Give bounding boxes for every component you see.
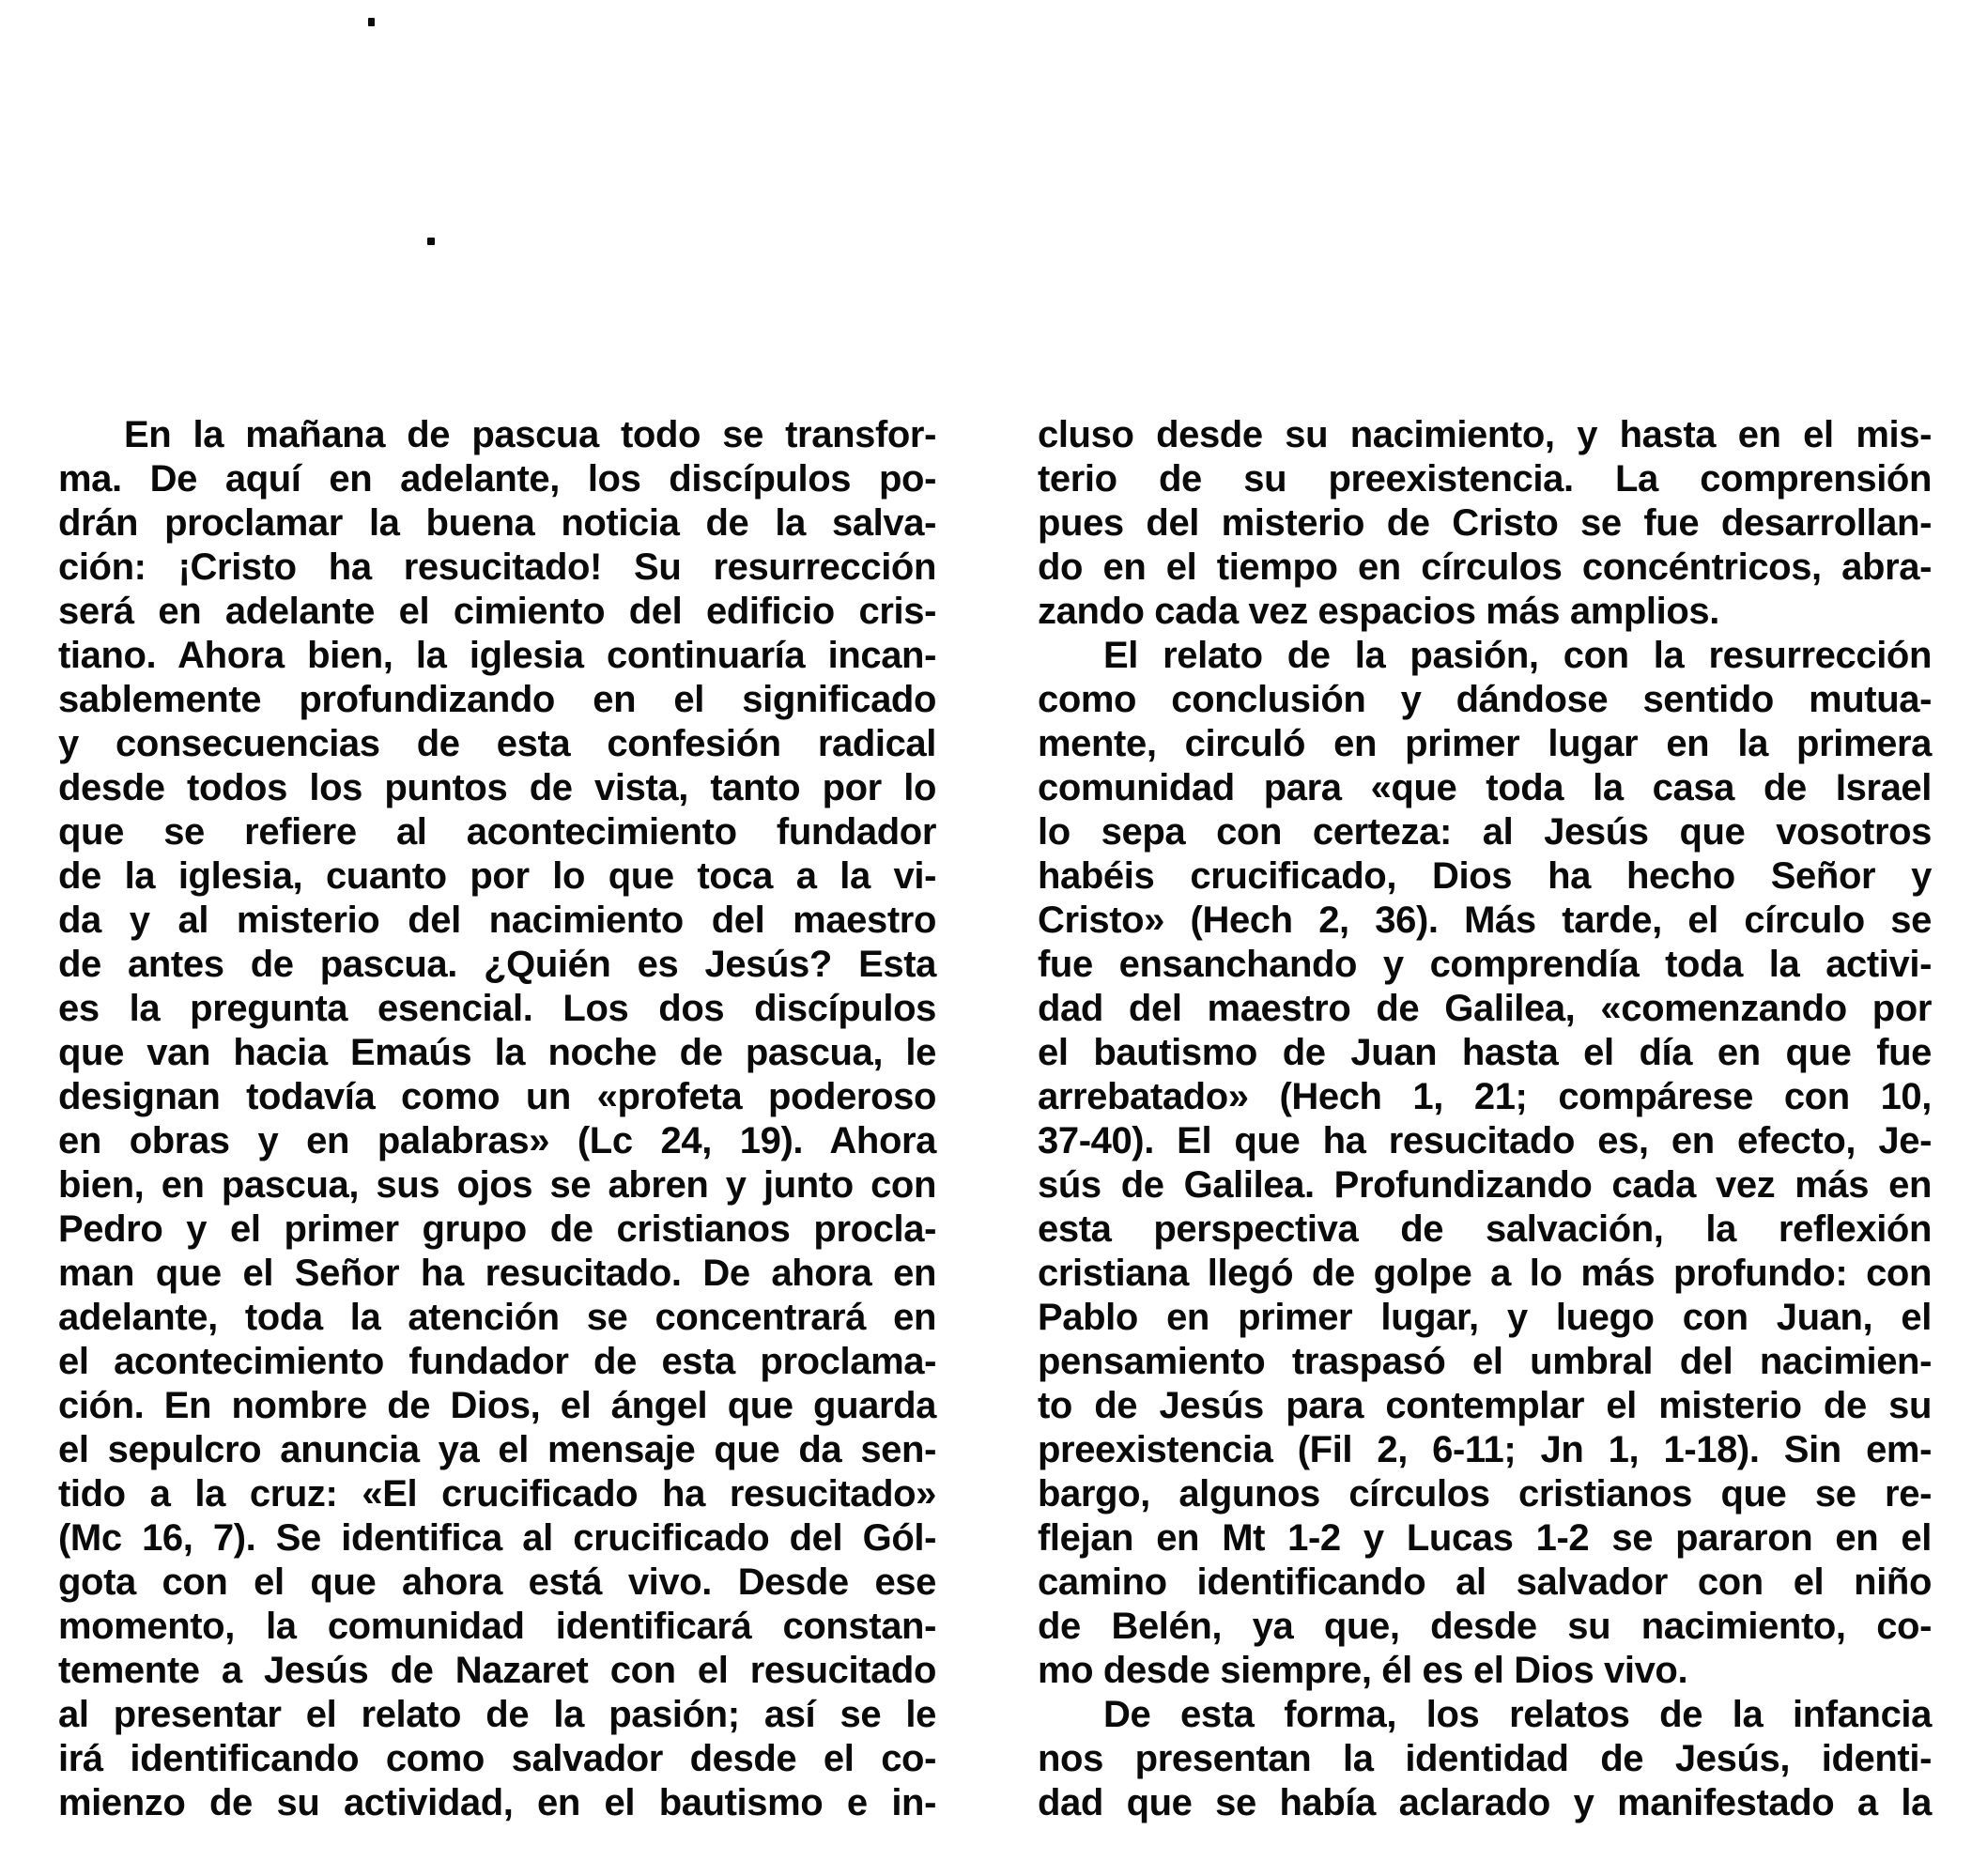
text-line: cristiana llegó de golpe a lo más profun… <box>1038 1252 1932 1296</box>
text-line: al presentar el relato de la pasión; así… <box>58 1693 936 1737</box>
text-column-right: cluso desde su nacimiento, y hasta en el… <box>1038 413 1932 1825</box>
ink-speck <box>368 18 375 26</box>
text-line: sablemente profundizando en el significa… <box>58 678 936 722</box>
text-line: do en el tiempo en círculos concéntricos… <box>1038 546 1932 590</box>
text-line: de Belén, ya que, desde su nacimiento, c… <box>1038 1605 1932 1649</box>
text-line: ción: ¡Cristo ha resucitado! Su resurrec… <box>58 546 936 590</box>
text-line: to de Jesús para contemplar el misterio … <box>1038 1384 1932 1428</box>
text-line: gota con el que ahora está vivo. Desde e… <box>58 1561 936 1605</box>
text-line: drán proclamar la buena noticia de la sa… <box>58 501 936 546</box>
text-line: momento, la comunidad identificará const… <box>58 1605 936 1649</box>
text-line: y consecuencias de esta confesión radica… <box>58 722 936 766</box>
text-line: mo desde siempre, él es el Dios vivo. <box>1038 1649 1932 1693</box>
text-line: pensamiento traspasó el umbral del nacim… <box>1038 1340 1932 1384</box>
text-line: que se refiere al acontecimiento fundado… <box>58 810 936 854</box>
text-line: en obras y en palabras» (Lc 24, 19). Aho… <box>58 1119 936 1163</box>
text-line: dad que se había aclarado y manifestado … <box>1038 1781 1932 1825</box>
text-line: 37-40). El que ha resucitado es, en efec… <box>1038 1119 1932 1163</box>
text-line: el sepulcro anuncia ya el mensaje que da… <box>58 1428 936 1472</box>
text-line: El relato de la pasión, con la resurrecc… <box>1038 634 1932 678</box>
text-line: camino identificando al salvador con el … <box>1038 1561 1932 1605</box>
text-line: ción. En nombre de Dios, el ángel que gu… <box>58 1384 936 1428</box>
text-line: el bautismo de Juan hasta el día en que … <box>1038 1031 1932 1075</box>
text-line: de la iglesia, cuanto por lo que toca a … <box>58 854 936 899</box>
text-line: man que el Señor ha resucitado. De ahora… <box>58 1252 936 1296</box>
text-line: dad del maestro de Galilea, «comenzando … <box>1038 987 1932 1031</box>
text-line: el acontecimiento fundador de esta procl… <box>58 1340 936 1384</box>
text-line: comunidad para «que toda la casa de Isra… <box>1038 766 1932 810</box>
text-line: bien, en pascua, sus ojos se abren y jun… <box>58 1163 936 1207</box>
text-line: Cristo» (Hech 2, 36). Más tarde, el círc… <box>1038 899 1932 943</box>
text-line: pues del misterio de Cristo se fue desar… <box>1038 501 1932 546</box>
text-column-left: En la mañana de pascua todo se transfor-… <box>58 413 936 1825</box>
text-line: mente, circuló en primer lugar en la pri… <box>1038 722 1932 766</box>
text-line: bargo, algunos círculos cristianos que s… <box>1038 1472 1932 1516</box>
text-line: lo sepa con certeza: al Jesús que vosotr… <box>1038 810 1932 854</box>
text-line: desde todos los puntos de vista, tanto p… <box>58 766 936 810</box>
text-line: preexistencia (Fil 2, 6-11; Jn 1, 1-18).… <box>1038 1428 1932 1472</box>
text-line: Pablo en primer lugar, y luego con Juan,… <box>1038 1296 1932 1340</box>
text-line: adelante, toda la atención se concentrar… <box>58 1296 936 1340</box>
text-line: de antes de pascua. ¿Quién es Jesús? Est… <box>58 943 936 987</box>
text-line: tido a la cruz: «El crucificado ha resuc… <box>58 1472 936 1516</box>
text-line: De esta forma, los relatos de la infanci… <box>1038 1693 1932 1737</box>
text-line: ma. De aquí en adelante, los discípulos … <box>58 457 936 501</box>
text-line: flejan en Mt 1-2 y Lucas 1-2 se pararon … <box>1038 1516 1932 1561</box>
text-line: temente a Jesús de Nazaret con el resuci… <box>58 1649 936 1693</box>
text-line: que van hacia Emaús la noche de pascua, … <box>58 1031 936 1075</box>
text-line: mienzo de su actividad, en el bautismo e… <box>58 1781 936 1825</box>
text-line: zando cada vez espacios más amplios. <box>1038 590 1932 634</box>
text-line: arrebatado» (Hech 1, 21; compárese con 1… <box>1038 1075 1932 1119</box>
text-line: designan todavía como un «profeta podero… <box>58 1075 936 1119</box>
text-line: terio de su preexistencia. La comprensió… <box>1038 457 1932 501</box>
text-line: Pedro y el primer grupo de cristianos pr… <box>58 1207 936 1252</box>
scanned-page: En la mañana de pascua todo se transfor-… <box>0 0 1987 1876</box>
text-line: irá identificando como salvador desde el… <box>58 1737 936 1781</box>
text-line: fue ensanchando y comprendía toda la act… <box>1038 943 1932 987</box>
text-line: sús de Galilea. Profundizando cada vez m… <box>1038 1163 1932 1207</box>
text-line: esta perspectiva de salvación, la reflex… <box>1038 1207 1932 1252</box>
text-line: nos presentan la identidad de Jesús, ide… <box>1038 1737 1932 1781</box>
text-line: tiano. Ahora bien, la iglesia continuarí… <box>58 634 936 678</box>
text-line: cluso desde su nacimiento, y hasta en el… <box>1038 413 1932 457</box>
text-line: En la mañana de pascua todo se transfor- <box>58 413 936 457</box>
ink-speck <box>427 238 435 245</box>
text-line: da y al misterio del nacimiento del maes… <box>58 899 936 943</box>
text-line: (Mc 16, 7). Se identifica al crucificado… <box>58 1516 936 1561</box>
text-line: como conclusión y dándose sentido mutua- <box>1038 678 1932 722</box>
text-line: habéis crucificado, Dios ha hecho Señor … <box>1038 854 1932 899</box>
text-line: será en adelante el cimiento del edifici… <box>58 590 936 634</box>
text-line: es la pregunta esencial. Los dos discípu… <box>58 987 936 1031</box>
